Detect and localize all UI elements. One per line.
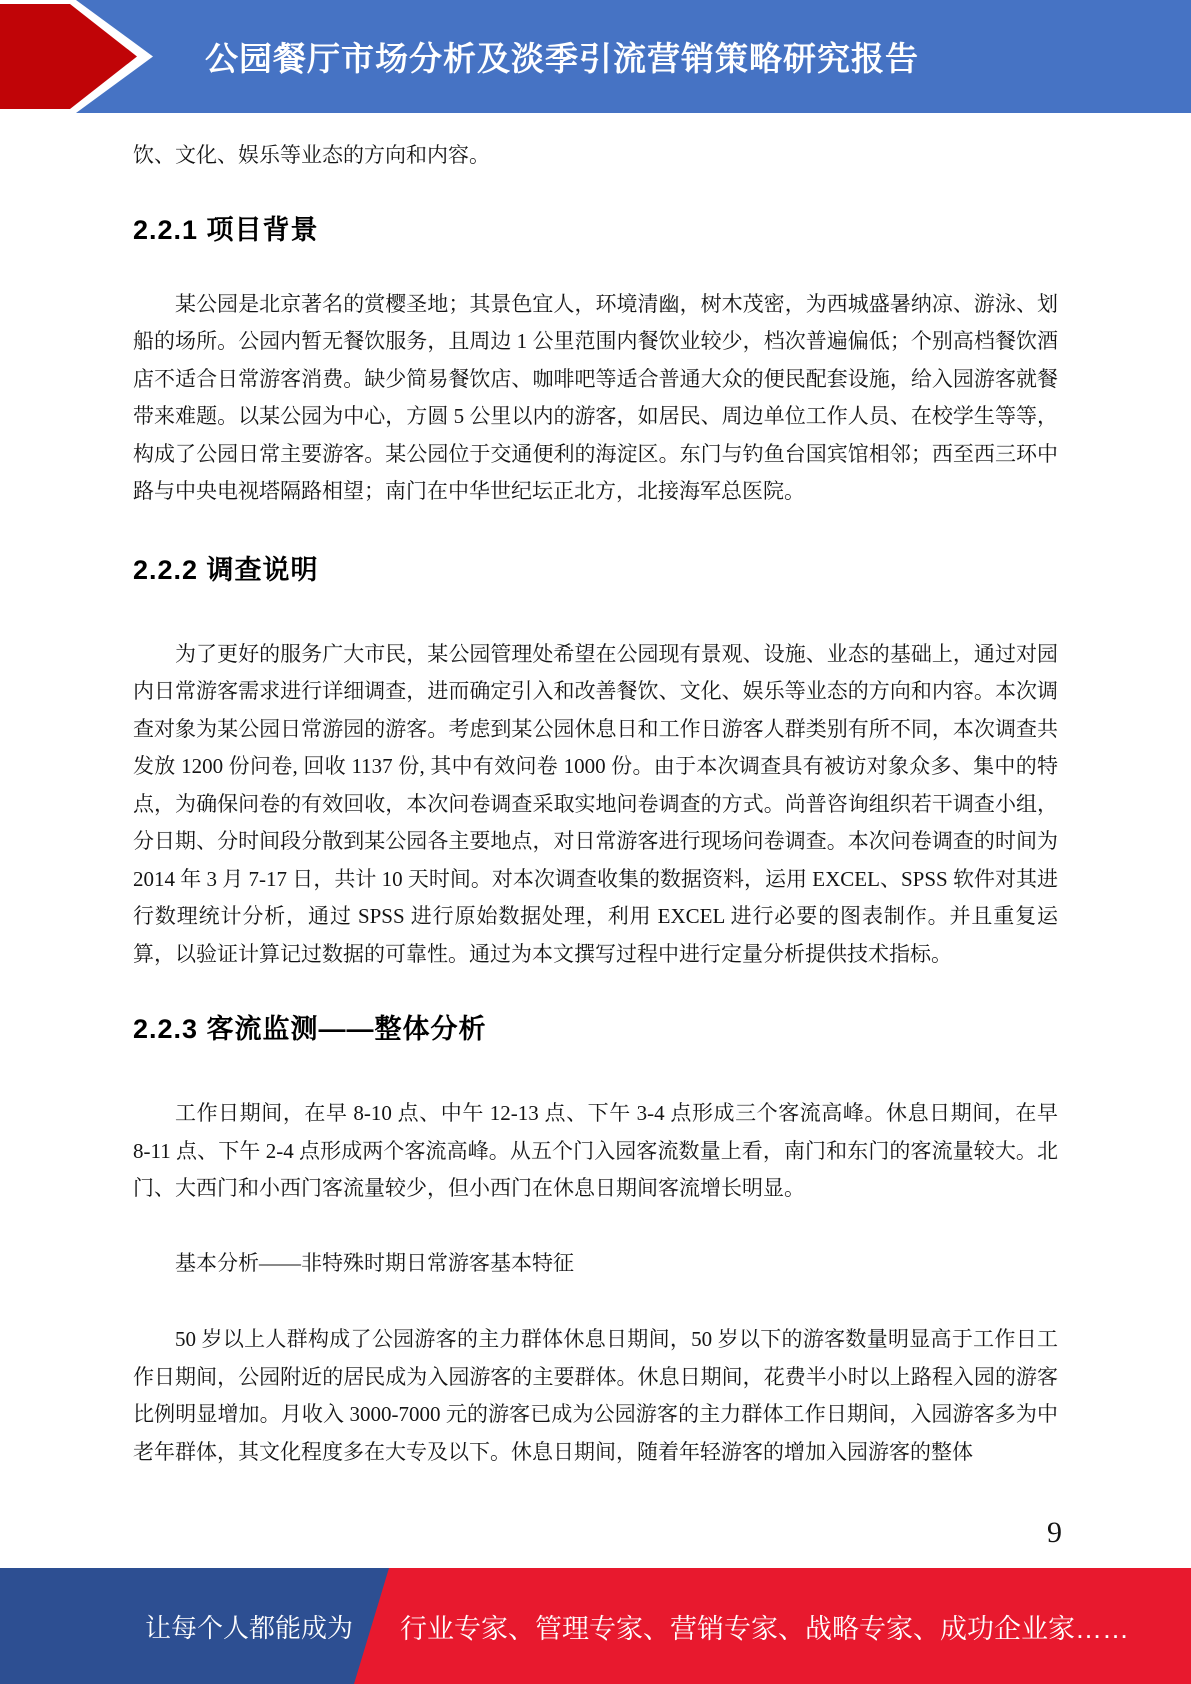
intro-continuation-line: 饮、文化、娱乐等业态的方向和内容。 xyxy=(133,137,1058,175)
section-heading: 2.2.3 客流监测——整体分析 xyxy=(133,1013,1058,1045)
report-section: 2.2.1 项目背景某公园是北京著名的赏樱圣地；其景色宜人，环境清幽，树木茂密，… xyxy=(133,214,1058,511)
report-page: 公园餐厅市场分析及淡季引流营销策略研究报告 饮、文化、娱乐等业态的方向和内容。 … xyxy=(0,0,1191,1684)
footer-slogan-right: 行业专家、管理专家、营销专家、战略专家、成功企业家…… xyxy=(400,1568,1129,1684)
section-paragraph: 某公园是北京著名的赏樱圣地；其景色宜人，环境清幽，树木茂密，为西城盛暑纳凉、游泳… xyxy=(133,286,1058,511)
section-heading: 2.2.1 项目背景 xyxy=(133,214,1058,246)
page-body: 饮、文化、娱乐等业态的方向和内容。 2.2.1 项目背景某公园是北京著名的赏樱圣… xyxy=(0,113,1191,1471)
footer-slogan-left: 让每个人都能成为 xyxy=(145,1568,353,1684)
page-footer: 让每个人都能成为 行业专家、管理专家、营销专家、战略专家、成功企业家…… xyxy=(0,1568,1191,1684)
page-header: 公园餐厅市场分析及淡季引流营销策略研究报告 xyxy=(0,0,1191,113)
page-number: 9 xyxy=(1047,1513,1062,1553)
section-paragraph: 50 岁以上人群构成了公园游客的主力群体休息日期间，50 岁以下的游客数量明显高… xyxy=(133,1321,1058,1471)
section-paragraph: 为了更好的服务广大市民，某公园管理处希望在公园现有景观、设施、业态的基础上，通过… xyxy=(133,636,1058,974)
sections-container: 2.2.1 项目背景某公园是北京著名的赏樱圣地；其景色宜人，环境清幽，树木茂密，… xyxy=(133,214,1058,1472)
report-title: 公园餐厅市场分析及淡季引流营销策略研究报告 xyxy=(205,0,919,113)
red-arrow-icon xyxy=(0,0,160,113)
section-paragraph: 工作日期间，在早 8-10 点、中午 12-13 点、下午 3-4 点形成三个客… xyxy=(133,1095,1058,1208)
report-section: 2.2.3 客流监测——整体分析工作日期间，在早 8-10 点、中午 12-13… xyxy=(133,1013,1058,1471)
report-section: 2.2.2 调查说明为了更好的服务广大市民，某公园管理处希望在公园现有景观、设施… xyxy=(133,554,1058,974)
section-heading: 2.2.2 调查说明 xyxy=(133,554,1058,586)
section-paragraph: 基本分析——非特殊时期日常游客基本特征 xyxy=(133,1245,1058,1283)
